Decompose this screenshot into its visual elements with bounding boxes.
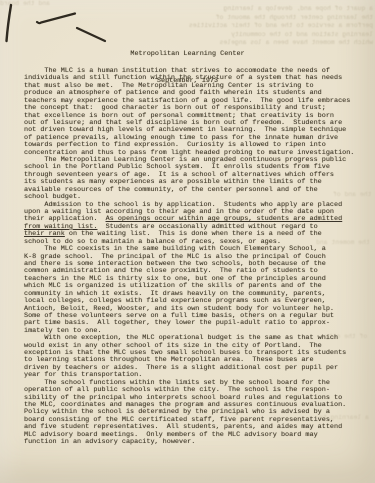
document-title: Metropolitan Learning Center [0, 50, 375, 59]
document-body: The MLC is a human institution that stri… [24, 68, 364, 447]
bleed-through-smudge: and the board [0, 0, 50, 7]
document-line: function in an advisory capacity, howeve… [24, 439, 364, 446]
scanned-document-page: a quart of hope and, develop a learningt… [0, 0, 375, 483]
